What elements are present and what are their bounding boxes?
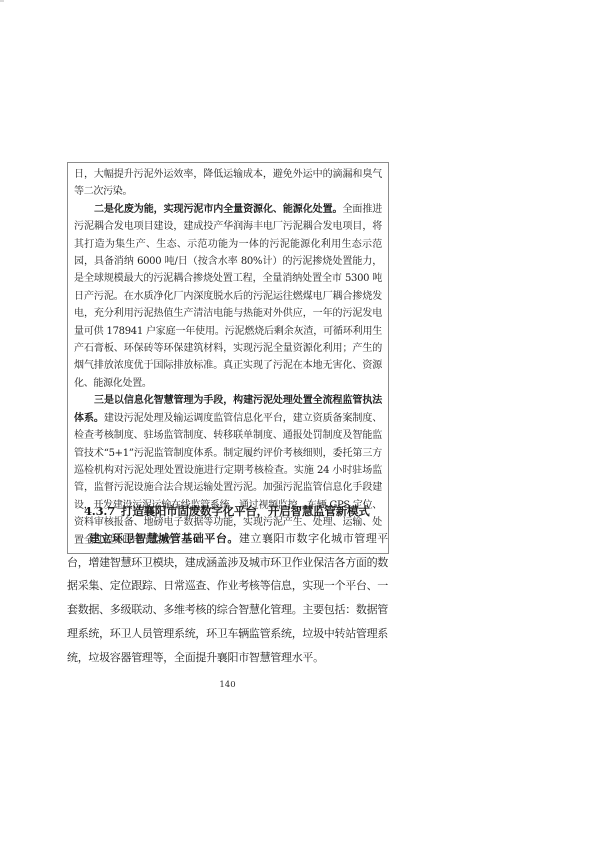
- box-paragraph-3: 三是以信息化智慧管理为手段，构建污泥处理处置全流程监管执法体系。建设污泥处理及输…: [74, 392, 382, 549]
- bordered-text-box: 日，大幅提升污泥外运效率，降低运输成本，避免外运中的滴漏和臭气等二次污染。 二是…: [67, 162, 389, 554]
- paragraph-text: 建立襄阳市数字化城市管理平台，增建智慧环卫模块，建成涵盖涉及城市环卫作业保洁各方…: [67, 532, 388, 664]
- section-heading: 4.3.7打造襄阳市固废数字化平台，开启智慧监管新模式: [67, 503, 388, 519]
- document-page: 日，大幅提升污泥外运效率，降低运输成本，避免外运中的滴漏和臭气等二次污染。 二是…: [0, 0, 600, 848]
- section-title: 打造襄阳市固废数字化平台，开启智慧监管新模式: [121, 504, 370, 518]
- paragraph-lead-bold: 二是化废为能，实现污泥市内全量资源化、能源化处置。: [94, 204, 342, 215]
- page-number: 140: [67, 680, 388, 690]
- scan-corner-artifact: [0, 0, 4, 2]
- body-paragraph: 建立环卫智慧城管基础平台。建立襄阳市数字化城市管理平台，增建智慧环卫模块，建成涵…: [67, 527, 388, 669]
- paragraph-text: 日，大幅提升污泥外运效率，降低运输成本，避免外运中的滴漏和臭气等二次污染。: [74, 169, 382, 197]
- paragraph-text: 全面推进污泥耦合发电项目建设，建成投产华润海丰电厂污泥耦合发电项目，将其打造为集…: [74, 204, 382, 389]
- paragraph-lead-bold: 建立环卫智慧城管基础平台。: [89, 532, 239, 545]
- box-paragraph-2: 二是化废为能，实现污泥市内全量资源化、能源化处置。全面推进污泥耦合发电项目建设，…: [74, 201, 382, 392]
- box-paragraph-1: 日，大幅提升污泥外运效率，降低运输成本，避免外运中的滴漏和臭气等二次污染。: [74, 166, 382, 201]
- paragraph-text: 建设污泥处理及输运调度监管信息化平台，建立资质备案制度、检查考核制度、驻场监管制…: [74, 413, 382, 546]
- section-number: 4.3.7: [84, 504, 115, 518]
